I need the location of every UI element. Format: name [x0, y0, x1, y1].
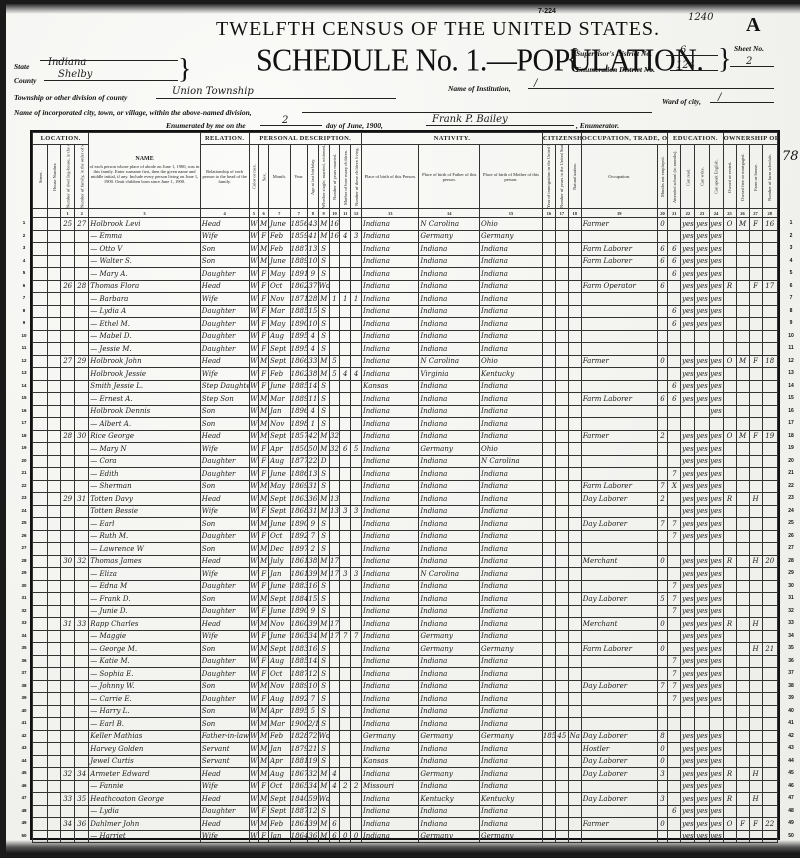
cell-mother-of: [340, 268, 351, 281]
cell-years-married: [329, 418, 340, 431]
table-row: — Mary A.DaughterWFMay18919SIndianaIndia…: [33, 268, 778, 281]
table-row: 2527Holbrook LeviHeadWMJune185643M16Indi…: [33, 218, 778, 231]
cell-farm-or-house: [749, 605, 762, 618]
cell-naturalization: [568, 605, 581, 618]
cell-months-not-employed: 7: [657, 518, 668, 531]
cell-birth-person: Indiana: [362, 393, 419, 406]
cell-can-speak-english: yes: [709, 293, 723, 306]
cell-family: [75, 830, 89, 843]
cell-immigration-year: [542, 805, 555, 818]
cell-children-living: [351, 355, 362, 368]
cell-sex: M: [259, 755, 269, 768]
cell-year: 1862: [290, 280, 307, 293]
cell-can-speak-english: yes: [709, 480, 723, 493]
cell-birth-mother: Ohio: [480, 218, 543, 231]
township-label: Township or other division of county: [14, 93, 127, 102]
cell-house: [48, 530, 61, 543]
cell-farm-or-house: H: [749, 618, 762, 631]
table-row: — Lawrence WSonWMDec18972SIndianaIndiana…: [33, 543, 778, 556]
cell-occupation: Farm Laborer: [581, 480, 657, 493]
cell-mother-of: [340, 255, 351, 268]
cell-month: Sept: [268, 643, 290, 656]
cell-can-write: [695, 543, 709, 556]
cell-year: 1885: [290, 655, 307, 668]
cell-family: [75, 705, 89, 718]
line-number: 24: [782, 505, 800, 518]
cell-months-not-employed: 0: [657, 755, 668, 768]
cell-month: Apr: [268, 443, 290, 456]
cell-attended-school: [668, 818, 681, 831]
cell-occupation: [581, 630, 657, 643]
cell-color: W: [249, 293, 259, 306]
cell-attended-school: [668, 218, 681, 231]
column-number: 22: [681, 209, 695, 218]
cell-farm-schedule: [762, 768, 777, 781]
cell-age: 31: [307, 505, 318, 518]
cell-name: — Sherman: [89, 480, 201, 493]
cell-years-married: [329, 480, 340, 493]
cell-name: Rapp Charles: [89, 618, 201, 631]
cell-mother-of: [340, 455, 351, 468]
cell-months-not-employed: 6: [657, 255, 668, 268]
cell-street: [33, 468, 48, 481]
cell-attended-school: [668, 780, 681, 793]
cell-naturalization: [568, 368, 581, 381]
line-number: 7: [19, 292, 29, 305]
cell-owned-free-mortgaged: [736, 730, 749, 743]
cell-marital: S: [318, 705, 329, 718]
cell-sex: F: [259, 280, 269, 293]
cell-can-write: yes: [695, 805, 709, 818]
cell-house: [48, 380, 61, 393]
cell-mother-of: [340, 305, 351, 318]
line-number: 13: [782, 367, 800, 380]
cell-occupation: [581, 780, 657, 793]
cell-farm-schedule: [762, 618, 777, 631]
cell-occupation: Farm Laborer: [581, 255, 657, 268]
cell-family: [75, 743, 89, 756]
cell-year: 1889: [290, 393, 307, 406]
line-number: 1: [782, 217, 800, 230]
cell-relation: Head: [200, 218, 249, 231]
cell-birth-father: Indiana: [419, 293, 480, 306]
cell-naturalization: [568, 805, 581, 818]
cell-family: 29: [75, 355, 89, 368]
cell-month: Feb: [268, 368, 290, 381]
cell-owned-rented: [723, 718, 736, 731]
cell-can-speak-english: yes: [709, 243, 723, 256]
cell-can-read: yes: [681, 780, 695, 793]
line-number: 38: [19, 680, 29, 693]
cell-attended-school: 6: [668, 268, 681, 281]
table-row: — Albert A.SonWMNov18981SIndianaIndianaI…: [33, 418, 778, 431]
cell-birth-person: Indiana: [362, 630, 419, 643]
cell-birth-person: Indiana: [362, 505, 419, 518]
cell-month: May: [268, 318, 290, 331]
cell-years-married: 17: [329, 555, 340, 568]
cell-owned-rented: [723, 468, 736, 481]
table-row: 3032Thomas JamesHeadWMJuly186138M17India…: [33, 555, 778, 568]
cell-sex: M: [259, 643, 269, 656]
table-row: — LydiaDaughterWFSept188712SIndianaIndia…: [33, 805, 778, 818]
cell-attended-school: [668, 293, 681, 306]
line-number: 5: [782, 267, 800, 280]
cell-occupation: Merchant: [581, 555, 657, 568]
line-number: 4: [19, 255, 29, 268]
cell-family: [75, 343, 89, 356]
cell-owned-rented: [723, 655, 736, 668]
line-number: 18: [19, 430, 29, 443]
cell-can-write: yes: [695, 468, 709, 481]
cell-relation: Servant: [200, 755, 249, 768]
cell-family: [75, 780, 89, 793]
cell-marital: S: [318, 605, 329, 618]
cell-sex: M: [259, 255, 269, 268]
cell-owned-rented: [723, 243, 736, 256]
cell-occupation: Merchant: [581, 618, 657, 631]
cell-birth-mother: Ohio: [480, 443, 543, 456]
cell-farm-schedule: [762, 343, 777, 356]
brace: }: [718, 46, 731, 74]
cell-children-living: [351, 330, 362, 343]
cell-house: [48, 493, 61, 506]
header-color: Color or race.: [249, 145, 259, 209]
cell-birth-person: Indiana: [362, 743, 419, 756]
cell-owned-rented: [723, 668, 736, 681]
cell-birth-person: Indiana: [362, 655, 419, 668]
cell-owned-free-mortgaged: [736, 705, 749, 718]
line-number: 36: [19, 655, 29, 668]
cell-years-in-us: [555, 693, 568, 706]
cell-dwelling: [61, 580, 75, 593]
cell-farm-schedule: [762, 255, 777, 268]
cell-name: — George M.: [89, 643, 201, 656]
cell-farm-schedule: [762, 493, 777, 506]
cell-family: [75, 468, 89, 481]
cell-year: 1883: [290, 580, 307, 593]
cell-sex: M: [259, 705, 269, 718]
cell-month: May: [268, 480, 290, 493]
cell-sex: M: [259, 405, 269, 418]
cell-children-living: 0: [351, 830, 362, 843]
cell-house: [48, 580, 61, 593]
cell-sex: M: [259, 393, 269, 406]
cell-occupation: Farm Laborer: [581, 243, 657, 256]
cell-family: [75, 668, 89, 681]
cell-birth-mother: Indiana: [480, 605, 543, 618]
cell-immigration-year: [542, 555, 555, 568]
cell-relation: Son: [200, 705, 249, 718]
cell-years-married: [329, 405, 340, 418]
cell-house: [48, 255, 61, 268]
cell-sex: F: [259, 318, 269, 331]
county-value: Shelby: [58, 69, 92, 80]
cell-year: 1900: [290, 718, 307, 731]
column-number: 14: [419, 209, 480, 218]
cell-attended-school: [668, 405, 681, 418]
cell-dwelling: [61, 530, 75, 543]
cell-can-speak-english: yes: [709, 755, 723, 768]
cell-family: [75, 330, 89, 343]
cell-farm-schedule: [762, 593, 777, 606]
scan-shadow-top: [6, 4, 800, 14]
cell-relation: Daughter: [200, 343, 249, 356]
cell-dwelling: 27: [61, 355, 75, 368]
margin-note: 78: [782, 149, 799, 164]
header-name-title: NAME: [89, 157, 200, 162]
table-row: — Frank D.SonWMSept188415SIndianaIndiana…: [33, 593, 778, 606]
cell-attended-school: 6: [668, 318, 681, 331]
header-location: LOCATION.: [33, 133, 89, 145]
cell-can-write: yes: [695, 605, 709, 618]
cell-marital: S: [318, 305, 329, 318]
cell-birth-person: Kansas: [362, 755, 419, 768]
cell-relation: Daughter: [200, 455, 249, 468]
cell-farm-or-house: F: [749, 280, 762, 293]
cell-sex: F: [259, 293, 269, 306]
table-row: — Carrie E.DaughterWFAug18927SIndianaInd…: [33, 693, 778, 706]
cell-naturalization: [568, 268, 581, 281]
cell-color: W: [249, 255, 259, 268]
table-row: 2729Holbrook JohnHeadWMSept186633M5India…: [33, 355, 778, 368]
cell-years-married: [329, 730, 340, 743]
cell-year: 1883: [290, 643, 307, 656]
cell-street: [33, 768, 48, 781]
cell-farm-schedule: [762, 505, 777, 518]
cell-birth-person: Indiana: [362, 680, 419, 693]
cell-mother-of: [340, 418, 351, 431]
cell-relation: Son: [200, 480, 249, 493]
cell-marital: S: [318, 318, 329, 331]
cell-owned-rented: R: [723, 768, 736, 781]
township-line: [156, 98, 396, 99]
cell-year: 1862: [290, 368, 307, 381]
cell-family: [75, 305, 89, 318]
cell-can-speak-english: yes: [709, 805, 723, 818]
line-number: 3: [19, 242, 29, 255]
cell-owned-free-mortgaged: [736, 693, 749, 706]
cell-house: [48, 768, 61, 781]
table-row: — Walter S.SonWMJune188910SIndianaIndian…: [33, 255, 778, 268]
cell-name: Dahlmer John: [89, 818, 201, 831]
cell-house: [48, 705, 61, 718]
cell-children-living: 3: [351, 505, 362, 518]
cell-age: 10: [307, 255, 318, 268]
cell-farm-or-house: [749, 230, 762, 243]
line-number: 5: [19, 267, 29, 280]
cell-birth-person: Indiana: [362, 530, 419, 543]
cell-name: — Albert A.: [89, 418, 201, 431]
line-number: 30: [19, 580, 29, 593]
line-number: 32: [782, 605, 800, 618]
cell-years-in-us: [555, 680, 568, 693]
cell-name: — Sophia E.: [89, 668, 201, 681]
line-number: 23: [782, 492, 800, 505]
cell-birth-mother: Indiana: [480, 493, 543, 506]
cell-color: W: [249, 780, 259, 793]
cell-owned-free-mortgaged: [736, 530, 749, 543]
cell-farm-schedule: [762, 668, 777, 681]
cell-age: 38: [307, 555, 318, 568]
cell-house: [48, 293, 61, 306]
cell-occupation: [581, 343, 657, 356]
cell-children-living: [351, 468, 362, 481]
cell-year: 1891: [290, 268, 307, 281]
cell-years-in-us: [555, 830, 568, 843]
cell-owned-free-mortgaged: [736, 593, 749, 606]
cell-mother-of: [340, 243, 351, 256]
cell-attended-school: [668, 743, 681, 756]
cell-owned-free-mortgaged: [736, 455, 749, 468]
cell-year: 1887: [290, 805, 307, 818]
cell-can-speak-english: [709, 543, 723, 556]
cell-relation: Son: [200, 255, 249, 268]
cell-house: [48, 405, 61, 418]
column-number: 19: [581, 209, 657, 218]
cell-relation: Wife: [200, 293, 249, 306]
cell-children-living: [351, 618, 362, 631]
cell-farm-or-house: [749, 343, 762, 356]
cell-owned-free-mortgaged: [736, 830, 749, 843]
cell-can-speak-english: yes: [709, 280, 723, 293]
cell-birth-father: Germany: [419, 230, 480, 243]
cell-owned-free-mortgaged: [736, 243, 749, 256]
cell-year: 1867: [290, 768, 307, 781]
cell-naturalization: [568, 830, 581, 843]
cell-owned-free-mortgaged: [736, 618, 749, 631]
cell-house: [48, 280, 61, 293]
cell-months-not-employed: [657, 368, 668, 381]
cell-color: W: [249, 355, 259, 368]
cell-sex: F: [259, 330, 269, 343]
cell-year: 1885: [290, 305, 307, 318]
header-years-in-us: Number of years in the United States.: [555, 145, 568, 209]
cell-house: [48, 680, 61, 693]
cell-birth-father: N Carolina: [419, 218, 480, 231]
line-number: 39: [19, 692, 29, 705]
cell-relation: Wife: [200, 443, 249, 456]
cell-year: 1898: [290, 418, 307, 431]
cell-farm-or-house: [749, 668, 762, 681]
cell-marital: Wd: [318, 793, 329, 806]
cell-month: Mar: [268, 305, 290, 318]
table-row: — ShermanSonWMMay186931SIndianaIndianaIn…: [33, 480, 778, 493]
cell-birth-father: Indiana: [419, 668, 480, 681]
cell-immigration-year: [542, 768, 555, 781]
cell-years-married: [329, 255, 340, 268]
cell-farm-or-house: [749, 468, 762, 481]
cell-dwelling: [61, 305, 75, 318]
cell-street: [33, 343, 48, 356]
cell-naturalization: [568, 330, 581, 343]
cell-street: [33, 655, 48, 668]
cell-sex: M: [259, 418, 269, 431]
cell-occupation: [581, 230, 657, 243]
cell-family: [75, 543, 89, 556]
cell-immigration-year: [542, 518, 555, 531]
cell-years-married: 6: [329, 818, 340, 831]
cell-can-speak-english: yes: [709, 393, 723, 406]
cell-sex: M: [259, 718, 269, 731]
cell-color: W: [249, 393, 259, 406]
cell-naturalization: [568, 818, 581, 831]
cell-immigration-year: [542, 305, 555, 318]
cell-years-married: [329, 655, 340, 668]
column-number: 1: [61, 209, 75, 218]
cell-months-not-employed: 6: [657, 393, 668, 406]
line-number: 12: [782, 355, 800, 368]
cell-months-not-employed: 3: [657, 793, 668, 806]
cell-naturalization: [568, 705, 581, 718]
cell-color: W: [249, 280, 259, 293]
line-number: 8: [19, 305, 29, 318]
header-naturalization: Naturalization.: [568, 145, 581, 209]
line-number: 42: [782, 730, 800, 743]
cell-marital: S: [318, 680, 329, 693]
cell-color: W: [249, 318, 259, 331]
line-number: 49: [19, 817, 29, 830]
cell-owned-rented: R: [723, 793, 736, 806]
census-table: LOCATION. NAMEof each person whose place…: [30, 130, 780, 840]
cell-can-read: yes: [681, 680, 695, 693]
line-number: 18: [782, 430, 800, 443]
cell-year: 1861: [290, 818, 307, 831]
cell-street: [33, 618, 48, 631]
cell-occupation: Day Laborer: [581, 793, 657, 806]
state-value: Indiana: [48, 57, 86, 68]
cell-family: 36: [75, 818, 89, 831]
cell-owned-rented: [723, 805, 736, 818]
cell-immigration-year: [542, 343, 555, 356]
cell-house: [48, 518, 61, 531]
cell-naturalization: [568, 293, 581, 306]
enumerator-line: [426, 125, 574, 126]
cell-sex: M: [259, 218, 269, 231]
cell-house: [48, 305, 61, 318]
cell-marital: M: [318, 568, 329, 581]
cell-marital: S: [318, 268, 329, 281]
line-number: 14: [782, 380, 800, 393]
cell-can-read: yes: [681, 755, 695, 768]
cell-can-write: yes: [695, 655, 709, 668]
cell-owned-free-mortgaged: [736, 805, 749, 818]
cell-name: Smith Jessie L.: [89, 380, 201, 393]
cell-dwelling: 26: [61, 280, 75, 293]
cell-owned-rented: R: [723, 280, 736, 293]
cell-sex: M: [259, 493, 269, 506]
cell-immigration-year: [542, 418, 555, 431]
cell-years-in-us: [555, 705, 568, 718]
cell-can-write: yes: [695, 680, 709, 693]
cell-birth-mother: Indiana: [480, 318, 543, 331]
cell-dwelling: [61, 455, 75, 468]
cell-months-not-employed: [657, 718, 668, 731]
cell-name: Holbrook Jessie: [89, 368, 201, 381]
cell-farm-or-house: H: [749, 768, 762, 781]
cell-birth-person: Indiana: [362, 568, 419, 581]
cell-sex: M: [259, 593, 269, 606]
cell-owned-free-mortgaged: [736, 555, 749, 568]
cell-street: [33, 780, 48, 793]
cell-color: W: [249, 268, 259, 281]
cell-house: [48, 743, 61, 756]
column-number: 21: [668, 209, 681, 218]
cell-occupation: [581, 455, 657, 468]
header-relation-desc: Relationship of each person to the head …: [200, 145, 249, 209]
cell-years-in-us: [555, 593, 568, 606]
cell-sex: M: [259, 555, 269, 568]
header-education: EDUCATION.: [668, 133, 723, 145]
